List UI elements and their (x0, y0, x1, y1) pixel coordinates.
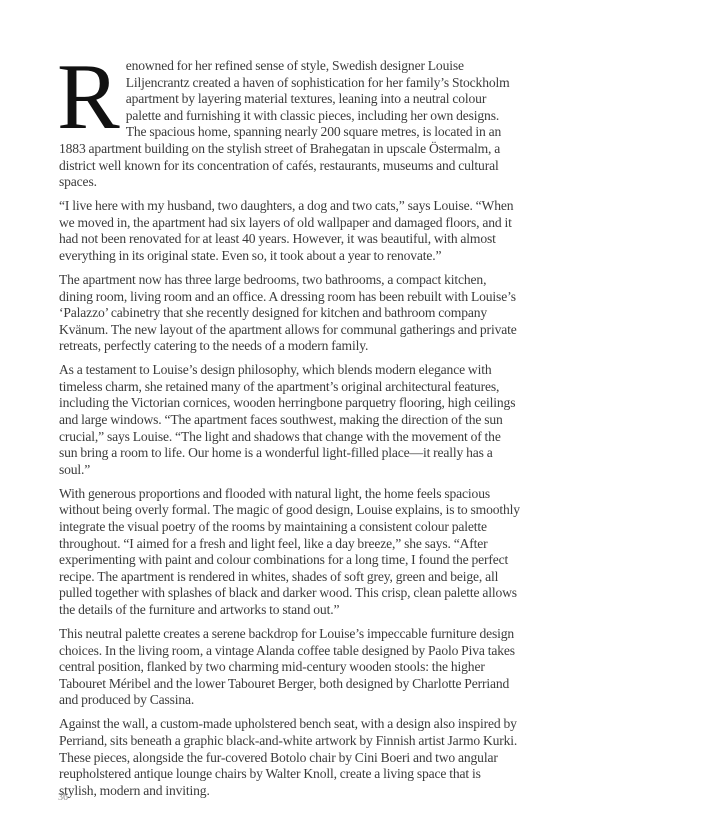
article-body: Renowned for her refined sense of style,… (59, 58, 521, 807)
paragraph-intro: Renowned for her refined sense of style,… (59, 58, 521, 191)
paragraph-design-philosophy: As a testament to Louise’s design philos… (59, 362, 521, 478)
paragraph-quote-living: “I live here with my husband, two daught… (59, 198, 521, 264)
drop-cap: R (57, 62, 120, 130)
paragraph-layout: The apartment now has three large bedroo… (59, 272, 521, 355)
paragraph-bench-seat: Against the wall, a custom-made upholste… (59, 716, 521, 799)
page-number: 36 (58, 792, 68, 803)
paragraph-furniture: This neutral palette creates a serene ba… (59, 626, 521, 709)
paragraph-light-palette: With generous proportions and flooded wi… (59, 486, 521, 619)
paragraph-intro-text: enowned for her refined sense of style, … (59, 58, 510, 189)
magazine-page: Renowned for her refined sense of style,… (0, 0, 720, 838)
